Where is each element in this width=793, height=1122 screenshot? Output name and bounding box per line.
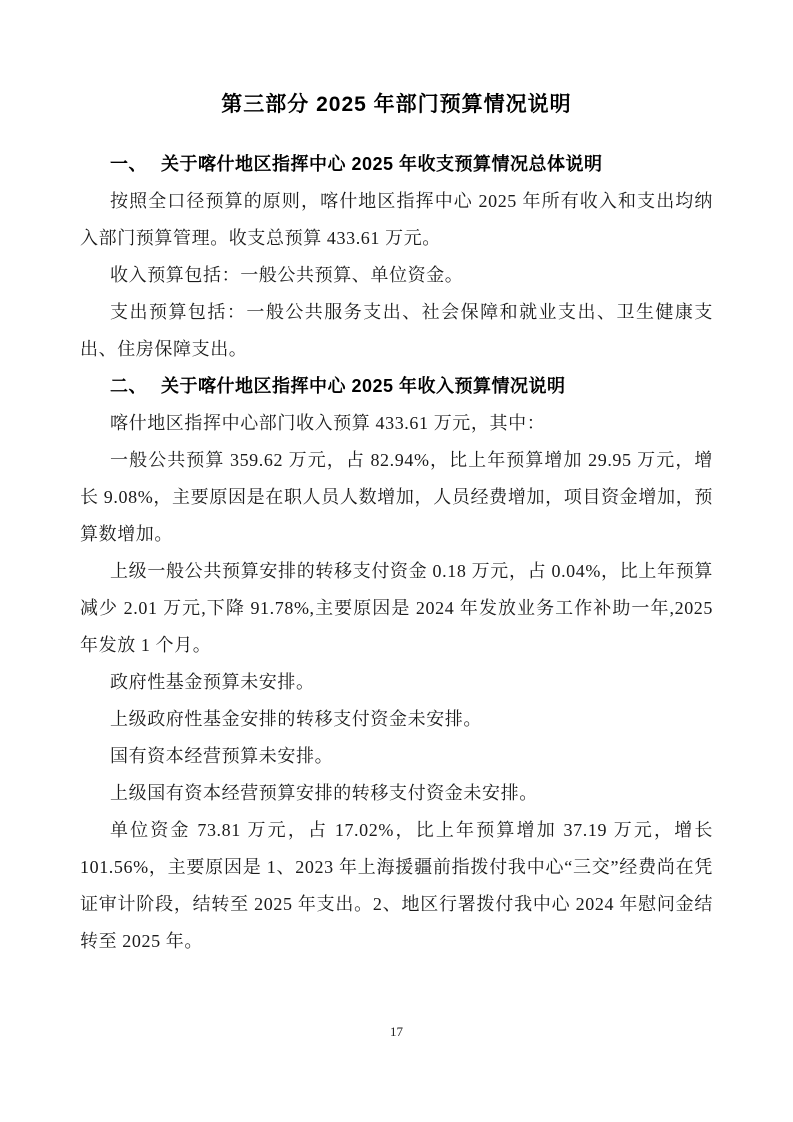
paragraph-gov-fund-transfer: 上级政府性基金安排的转移支付资金未安排。: [80, 701, 713, 738]
document-body: 一、关于喀什地区指挥中心 2025 年收支预算情况总体说明 按照全口径预算的原则…: [80, 146, 713, 960]
paragraph-income-scope: 收入预算包括：一般公共预算、单位资金。: [80, 257, 713, 294]
paragraph-transfer-payment: 上级一般公共预算安排的转移支付资金 0.18 万元，占 0.04%，比上年预算减…: [80, 553, 713, 664]
section-2-number: 二、: [110, 376, 147, 396]
paragraph-gov-fund: 政府性基金预算未安排。: [80, 664, 713, 701]
section-1-heading: 一、关于喀什地区指挥中心 2025 年收支预算情况总体说明: [80, 146, 713, 183]
paragraph-general-public-budget: 一般公共预算 359.62 万元，占 82.94%，比上年预算增加 29.95 …: [80, 442, 713, 553]
paragraph-expenditure-scope: 支出预算包括：一般公共服务支出、社会保障和就业支出、卫生健康支出、住房保障支出。: [80, 294, 713, 368]
page-number: 17: [0, 1024, 793, 1040]
section-1-heading-text: 关于喀什地区指挥中心 2025 年收支预算情况总体说明: [161, 154, 603, 174]
paragraph-state-capital-transfer: 上级国有资本经营预算安排的转移支付资金未安排。: [80, 775, 713, 812]
section-2-heading: 二、关于喀什地区指挥中心 2025 年收入预算情况说明: [80, 368, 713, 405]
document-page: 第三部分 2025 年部门预算情况说明 一、关于喀什地区指挥中心 2025 年收…: [0, 0, 793, 1122]
section-1-number: 一、: [110, 154, 147, 174]
section-2-heading-text: 关于喀什地区指挥中心 2025 年收入预算情况说明: [161, 376, 566, 396]
paragraph-unit-funds: 单位资金 73.81 万元，占 17.02%，比上年预算增加 37.19 万元，…: [80, 812, 713, 960]
document-title: 第三部分 2025 年部门预算情况说明: [80, 90, 713, 120]
paragraph-state-capital: 国有资本经营预算未安排。: [80, 738, 713, 775]
paragraph-income-total: 喀什地区指挥中心部门收入预算 433.61 万元，其中：: [80, 405, 713, 442]
paragraph-total-budget: 按照全口径预算的原则，喀什地区指挥中心 2025 年所有收入和支出均纳入部门预算…: [80, 183, 713, 257]
